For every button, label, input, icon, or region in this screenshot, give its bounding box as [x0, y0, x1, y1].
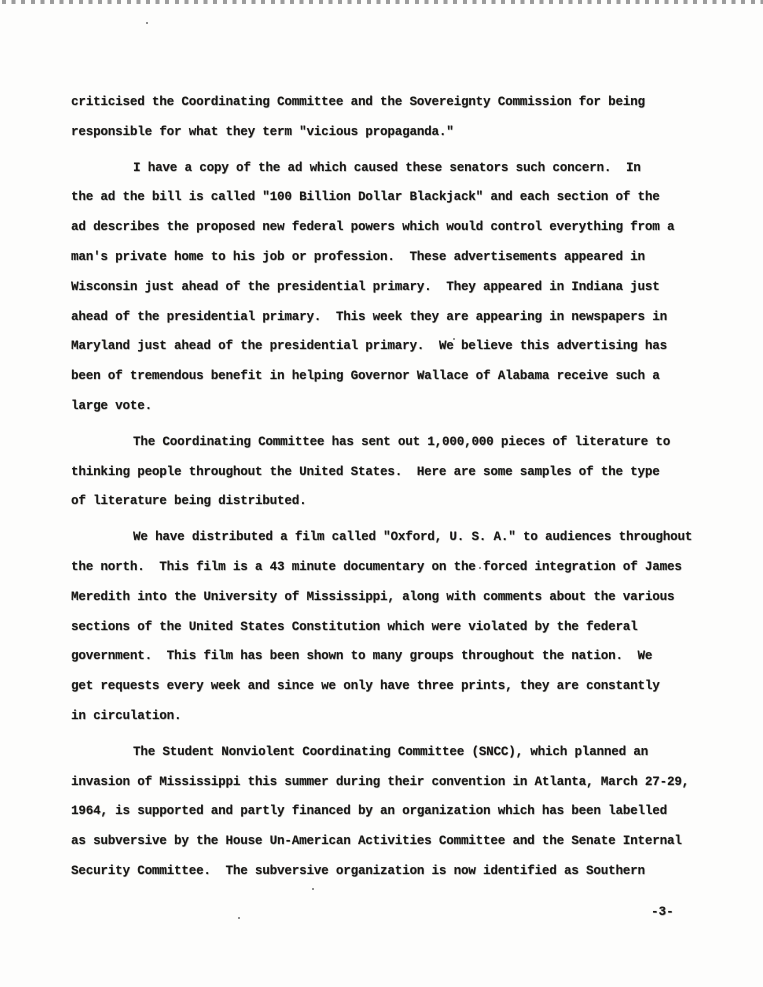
- film-perforation-strip: [2, 0, 763, 4]
- page-number: -3-: [651, 905, 674, 919]
- text-line: responsible for what they term "vicious …: [71, 118, 719, 148]
- text-line: large vote.: [71, 392, 719, 422]
- scan-speck: [453, 338, 455, 340]
- scan-speck: [312, 888, 314, 890]
- text-line: criticised the Coordinating Committee an…: [71, 88, 719, 118]
- document-text-block: criticised the Coordinating Committee an…: [71, 88, 719, 887]
- paragraph: criticised the Coordinating Committee an…: [71, 88, 719, 148]
- scan-speck: [238, 917, 240, 919]
- text-line: of literature being distributed.: [71, 487, 719, 517]
- text-line: the north. This film is a 43 minute docu…: [71, 553, 719, 583]
- paragraph: We have distributed a film called "Oxfor…: [71, 523, 719, 732]
- text-line: as subversive by the House Un-American A…: [71, 827, 719, 857]
- text-line: 1964, is supported and partly financed b…: [71, 797, 719, 827]
- text-line: We have distributed a film called "Oxfor…: [71, 523, 719, 553]
- paragraph: The Student Nonviolent Coordinating Comm…: [71, 738, 719, 887]
- paragraph: The Coordinating Committee has sent out …: [71, 428, 719, 517]
- text-line: The Student Nonviolent Coordinating Comm…: [71, 738, 719, 768]
- text-line: thinking people throughout the United St…: [71, 458, 719, 488]
- scan-speck: [146, 22, 148, 24]
- text-line: get requests every week and since we onl…: [71, 672, 719, 702]
- scan-speck: [479, 567, 481, 569]
- text-line: Security Committee. The subversive organ…: [71, 857, 719, 887]
- paragraph: I have a copy of the ad which caused the…: [71, 154, 719, 422]
- text-line: I have a copy of the ad which caused the…: [71, 154, 719, 184]
- text-line: Maryland just ahead of the presidential …: [71, 332, 719, 362]
- text-line: ahead of the presidential primary. This …: [71, 303, 719, 333]
- text-line: Wisconsin just ahead of the presidential…: [71, 273, 719, 303]
- text-line: The Coordinating Committee has sent out …: [71, 428, 719, 458]
- text-line: the ad the bill is called "100 Billion D…: [71, 183, 719, 213]
- text-line: in circulation.: [71, 702, 719, 732]
- text-line: sections of the United States Constituti…: [71, 613, 719, 643]
- text-line: been of tremendous benefit in helping Go…: [71, 362, 719, 392]
- text-line: invasion of Mississippi this summer duri…: [71, 768, 719, 798]
- text-line: government. This film has been shown to …: [71, 642, 719, 672]
- text-line: man's private home to his job or profess…: [71, 243, 719, 273]
- text-line: ad describes the proposed new federal po…: [71, 213, 719, 243]
- text-line: Meredith into the University of Mississi…: [71, 583, 719, 613]
